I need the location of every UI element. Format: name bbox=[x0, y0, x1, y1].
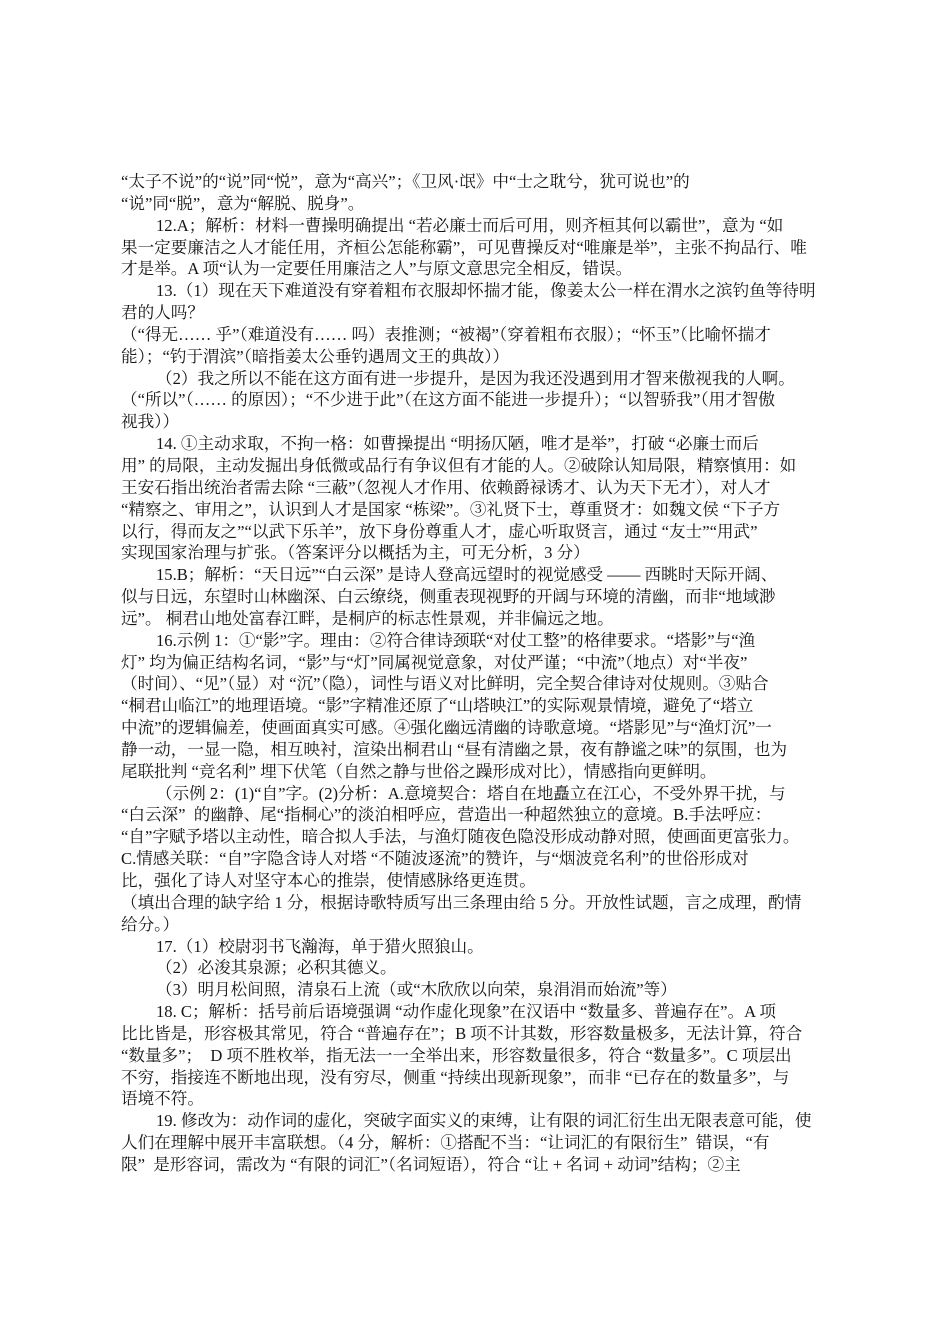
text-line: （“所以”（…… 的原因）；“不少进于此”（在这方面不能进一步提升）；“以智骄我… bbox=[121, 389, 866, 411]
text-line: 不穷，指接连不断地出现，没有穷尽，侧重 “持续出现新现象”，而非 “已存在的数量… bbox=[121, 1067, 866, 1089]
text-line: C.情感关联：“自”字隐含诗人对塔 “不随波逐流”的赞许，与“烟波竞名利”的世俗… bbox=[121, 848, 866, 870]
text-line: 实现国家治理与扩张。（答案评分以概括为主，可无分析，3 分） bbox=[121, 542, 866, 564]
text-line: 以行，得而友之”“以武下乐羊”，放下身份尊重人才，虚心听取贤言，通过 “友士”“… bbox=[121, 521, 866, 543]
text-line: 比比皆是，形容极其常见，符合 “普遍存在”；B 项不计其数，形容数量极多，无法计… bbox=[121, 1023, 866, 1045]
text-line: 能）；“钓于渭滨”（暗指姜太公垂钓遇周文王的典故）） bbox=[121, 346, 866, 368]
text-line: 比，强化了诗人对坚守本心的推崇，使情感脉络更连贯。 bbox=[121, 870, 866, 892]
text-line: 19. 修改为：动作词的虚化，突破字面实义的束缚，让有限的词汇衍生出无限表意可能… bbox=[121, 1110, 866, 1132]
text-line: 尾联批判 “竞名利” 埋下伏笔（自然之静与世俗之躁形成对比），情感指向更鲜明。 bbox=[121, 761, 866, 783]
text-line: （时间）、“见”（显）对 “沉”（隐），词性与语义对比鲜明，完全契合律诗对仗规则… bbox=[121, 673, 866, 695]
text-line: 静一动，一显一隐，相互映衬，渲染出桐君山 “昼有清幽之景，夜有静谧之味”的氛围，… bbox=[121, 739, 866, 761]
text-line: 语境不符。 bbox=[121, 1088, 866, 1110]
text-line: 15.B；解析：“天日远”“白云深” 是诗人登高远望时的视觉感受 —— 西眺时天… bbox=[121, 564, 866, 586]
text-line: （“得无…… 乎”（难道没有…… 吗）表推测；“被褐”（穿着粗布衣服）；“怀玉”… bbox=[121, 324, 866, 346]
text-line: “数量多”； D 项不胜枚举，指无法一一全举出来，形容数量很多，符合 “数量多”… bbox=[121, 1045, 866, 1067]
text-line: 17.（1）校尉羽书飞瀚海，单于猎火照狼山。 bbox=[121, 936, 866, 958]
page-text: “太子不说”的“说”同“悦”，意为“高兴”；《卫风·氓》中“士之耽兮，犹可说也”… bbox=[121, 171, 866, 1176]
text-line: 限” 是形容词，需改为 “有限的词汇”（名词短语），符合 “让 + 名词 + 动… bbox=[121, 1154, 866, 1176]
text-line: （填出合理的缺字给 1 分，根据诗歌特质写出三条理由给 5 分。开放性试题，言之… bbox=[121, 892, 866, 914]
text-line: “桐君山临江”的地理语境。“影”字精准还原了“山塔映江”的实际观景情境，避免了“… bbox=[121, 695, 866, 717]
document-page: “太子不说”的“说”同“悦”，意为“高兴”；《卫风·氓》中“士之耽兮，犹可说也”… bbox=[0, 0, 950, 1344]
text-line: 君的人吗？ bbox=[121, 302, 866, 324]
text-line: 人们在理解中展开丰富联想。（4 分，解析：①搭配不当：“让词汇的有限衍生” 错误… bbox=[121, 1132, 866, 1154]
text-line: （2）我之所以不能在这方面有进一步提升，是因为我还没遇到用才智来傲视我的人啊。 bbox=[121, 368, 866, 390]
text-line: 果一定要廉洁之人才能任用，齐桓公怎能称霸”，可见曹操反对“唯廉是举”，主张不拘品… bbox=[121, 237, 866, 259]
text-line: “说”同“脱”，意为“解脱、脱身”。 bbox=[121, 193, 866, 215]
text-line: “太子不说”的“说”同“悦”，意为“高兴”；《卫风·氓》中“士之耽兮，犹可说也”… bbox=[121, 171, 866, 193]
text-line: 12.A；解析：材料一曹操明确提出 “若必廉士而后可用，则齐桓其何以霸世”，意为… bbox=[121, 215, 866, 237]
text-line: 用” 的局限，主动发掘出身低微或品行有争议但有才能的人。②破除认知局限，精察慎用… bbox=[121, 455, 866, 477]
text-line: 灯” 均为偏正结构名词，“影”与“灯”同属视觉意象，对仗严谨；“中流”（地点）对… bbox=[121, 652, 866, 674]
text-line: 视我）） bbox=[121, 411, 866, 433]
text-line: 王安石指出统治者需去除 “三蔽”（忽视人才作用、依赖爵禄诱才、认为天下无才），对… bbox=[121, 477, 866, 499]
text-line: 才是举。A 项“认为一定要任用廉洁之人”与原文意思完全相反，错误。 bbox=[121, 258, 866, 280]
text-line: 给分。） bbox=[121, 914, 866, 936]
text-line: “白云深” 的幽静、尾“指桐心”的淡泊相呼应，营造出一种超然独立的意境。B.手法… bbox=[121, 804, 866, 826]
text-line: 14. ①主动求取，不拘一格：如曹操提出 “明扬仄陋，唯才是举”，打破 “必廉士… bbox=[121, 433, 866, 455]
text-line: （示例 2：(1)“自”字。(2)分析：A.意境契合：塔自在地矗立在江心，不受外… bbox=[121, 783, 866, 805]
text-line: 18. C；解析：括号前后语境强调 “动作虚化现象”在汉语中 “数量多、普遍存在… bbox=[121, 1001, 866, 1023]
text-line: 远”。 桐君山地处富春江畔，是桐庐的标志性景观，并非偏远之地。 bbox=[121, 608, 866, 630]
text-line: “自”字赋予塔以主动性，暗合拟人手法，与渔灯随夜色隐没形成动静对照，使画面更富张… bbox=[121, 826, 866, 848]
text-line: “精察之、审用之”，认识到人才是国家 “栋梁”。③礼贤下士，尊重贤才：如魏文侯 … bbox=[121, 499, 866, 521]
text-line: 16.示例 1：①“影”字。理由：②符合律诗颈联“对仗工整”的格律要求。“塔影”… bbox=[121, 630, 866, 652]
text-line: 中流”的逻辑偏差，使画面真实可感。④强化幽远清幽的诗歌意境。“塔影见”与“渔灯沉… bbox=[121, 717, 866, 739]
text-line: 13.（1）现在天下难道没有穿着粗布衣服却怀揣才能，像姜太公一样在渭水之滨钓鱼等… bbox=[121, 280, 866, 302]
text-line: （3）明月松间照，清泉石上流（或“木欣欣以向荣，泉涓涓而始流”等） bbox=[121, 979, 866, 1001]
text-line: 似与日远，东望时山林幽深、白云缭绕，侧重表现视野的开阔与环境的清幽，而非“地域渺 bbox=[121, 586, 866, 608]
text-line: （2）必浚其泉源；必积其德义。 bbox=[121, 957, 866, 979]
